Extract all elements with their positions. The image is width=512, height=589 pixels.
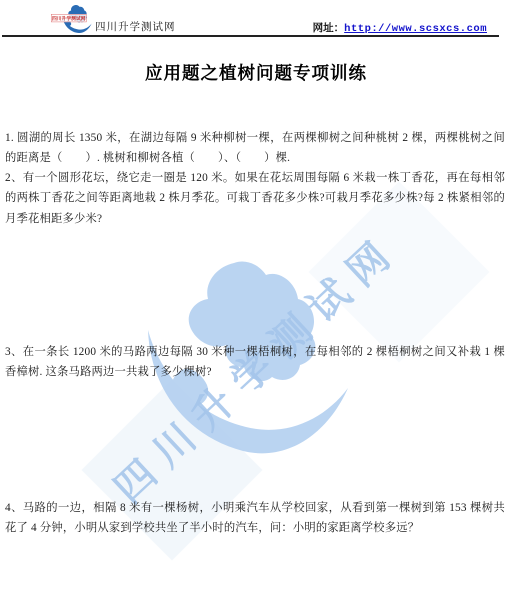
site-url-link[interactable]: http://www.scsxcs.com [344,23,487,35]
page-header: 四川升学测试网 四川升学测试网 网址：http://www.scsxcs.com [2,0,499,37]
site-logo: 四川升学测试网 [55,3,95,33]
worksheet-page: 四川升学测试网 四川升学测试网 四川升学测试网 网址：http://www.sc… [0,0,512,589]
problem-1: 1. 圆湖的周长 1350 米，在湖边每隔 9 米种柳树一棵，在两棵柳树之间种桃… [5,128,505,169]
site-name: 四川升学测试网 [95,19,176,34]
problem-4: 4、马路的一边，相隔 8 米有一棵杨树，小明乘汽车从学校回家，从看到第一棵树到第… [5,498,505,539]
problem-2: 2、有一个圆形花坛，绕它走一圈是 120 米。如果在花坛周围每隔 6 米栽一株丁… [5,168,505,229]
document-title: 应用题之植树问题专项训练 [0,60,512,85]
logo-badge-text: 四川升学测试网 [51,14,87,22]
problem-3: 3、在一条长 1200 米的马路两边每隔 30 米种一棵梧桐树，在每相邻的 2 … [5,342,505,383]
header-url-group: 网址：http://www.scsxcs.com [313,18,487,36]
url-label: 网址： [313,23,345,34]
